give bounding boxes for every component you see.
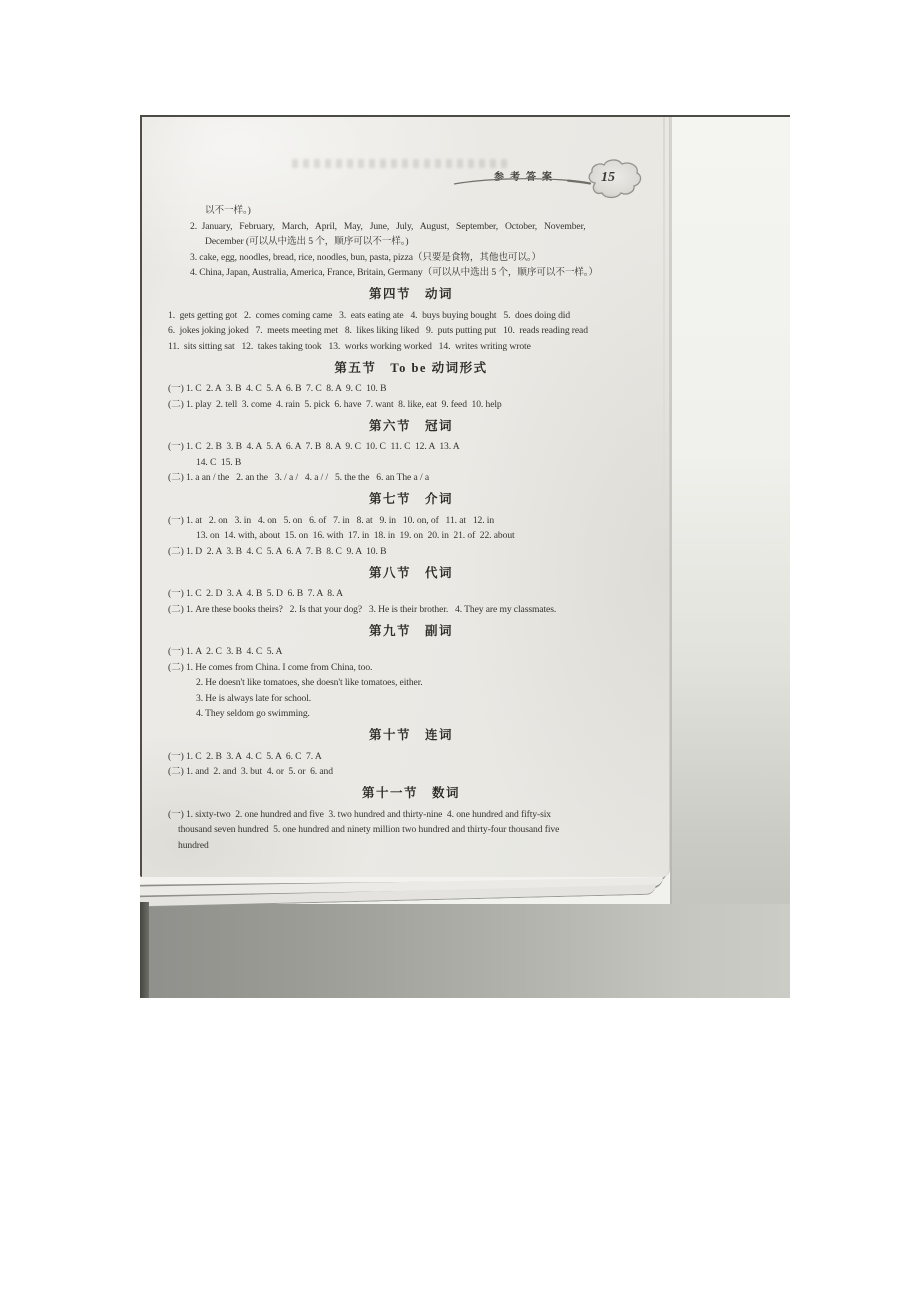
answer-line: 2. January, February, March, April, May,… [168, 219, 654, 235]
section-heading: 第五节 To be 动词形式 [168, 360, 654, 376]
answer-line: 14. C 15. B [168, 455, 654, 471]
page-number-cloud: 15 [583, 157, 643, 203]
answer-line: 1. gets getting got 2. comes coming came… [168, 308, 654, 324]
answer-line: (二) 1. a an / the 2. an the 3. / a / 4. … [168, 470, 654, 486]
book-fore-edge [670, 115, 790, 998]
answer-line: (二) 1. play 2. tell 3. come 4. rain 5. p… [168, 397, 654, 413]
answer-line: 6. jokes joking joked 7. meets meeting m… [168, 323, 654, 339]
answer-line: 3. He is always late for school. [168, 691, 654, 707]
answer-line: 以不一样。) [168, 203, 654, 219]
section-heading: 第六节 冠词 [168, 418, 654, 434]
answer-line: (二) 1. D 2. A 3. B 4. C 5. A 6. A 7. B 8… [168, 544, 654, 560]
ink-showthrough [292, 159, 507, 168]
section-heading: 第十一节 数词 [168, 785, 654, 801]
header-swoosh-rule-icon [452, 173, 594, 189]
answer-line: December (可以从中选出 5 个，顺序可以不一样。) [168, 234, 654, 250]
answer-line: 4. They seldom go swimming. [168, 706, 654, 722]
answer-line: (一) 1. C 2. A 3. B 4. C 5. A 6. B 7. C 8… [168, 381, 654, 397]
answer-line: 2. He doesn't like tomatoes, she doesn't… [168, 675, 654, 691]
page-number: 15 [601, 170, 615, 186]
answer-line: (一) 1. A 2. C 3. B 4. C 5. A [168, 644, 654, 660]
answer-line: (一) 1. at 2. on 3. in 4. on 5. on 6. of … [168, 513, 654, 529]
page-edge-crease [670, 115, 672, 998]
answer-line: 13. on 14. with, about 15. on 16. with 1… [168, 528, 654, 544]
answer-line: 4. China, Japan, Australia, America, Fra… [168, 265, 654, 281]
section-heading: 第七节 介词 [168, 491, 654, 507]
answer-line: (一) 1. C 2. B 3. A 4. C 5. A 6. C 7. A [168, 749, 654, 765]
section-heading: 第八节 代词 [168, 565, 654, 581]
scanner-shadow-dark-edge [140, 902, 149, 998]
answer-line: (二) 1. He comes from China. I come from … [168, 660, 654, 676]
page-content: 以不一样。)2. January, February, March, April… [168, 203, 654, 853]
answer-line: (一) 1. C 2. D 3. A 4. B 5. D 6. B 7. A 8… [168, 586, 654, 602]
answer-line: (二) 1. Are these books theirs? 2. Is tha… [168, 602, 654, 618]
scan-top-edge [140, 115, 790, 117]
scanned-page-photo: 参考答案 15 以不一样。)2. January, February, Marc… [140, 115, 790, 998]
scanner-shadow-band [140, 904, 790, 998]
answer-line: hundred [168, 838, 654, 854]
answer-line: thousand seven hundred 5. one hundred an… [168, 822, 654, 838]
paper-crease [663, 115, 665, 535]
answer-line: (一) 1. sixty-two 2. one hundred and five… [168, 807, 654, 823]
answer-line: (一) 1. C 2. B 3. B 4. A 5. A 6. A 7. B 8… [168, 439, 654, 455]
section-heading: 第九节 副词 [168, 623, 654, 639]
answer-line: 11. sits sitting sat 12. takes taking to… [168, 339, 654, 355]
answer-line: 3. cake, egg, noodles, bread, rice, nood… [168, 250, 654, 266]
answer-key-page: 参考答案 15 以不一样。)2. January, February, Marc… [140, 115, 670, 877]
section-heading: 第十节 连词 [168, 727, 654, 743]
answer-line: (二) 1. and 2. and 3. but 4. or 5. or 6. … [168, 764, 654, 780]
section-heading: 第四节 动词 [168, 286, 654, 302]
